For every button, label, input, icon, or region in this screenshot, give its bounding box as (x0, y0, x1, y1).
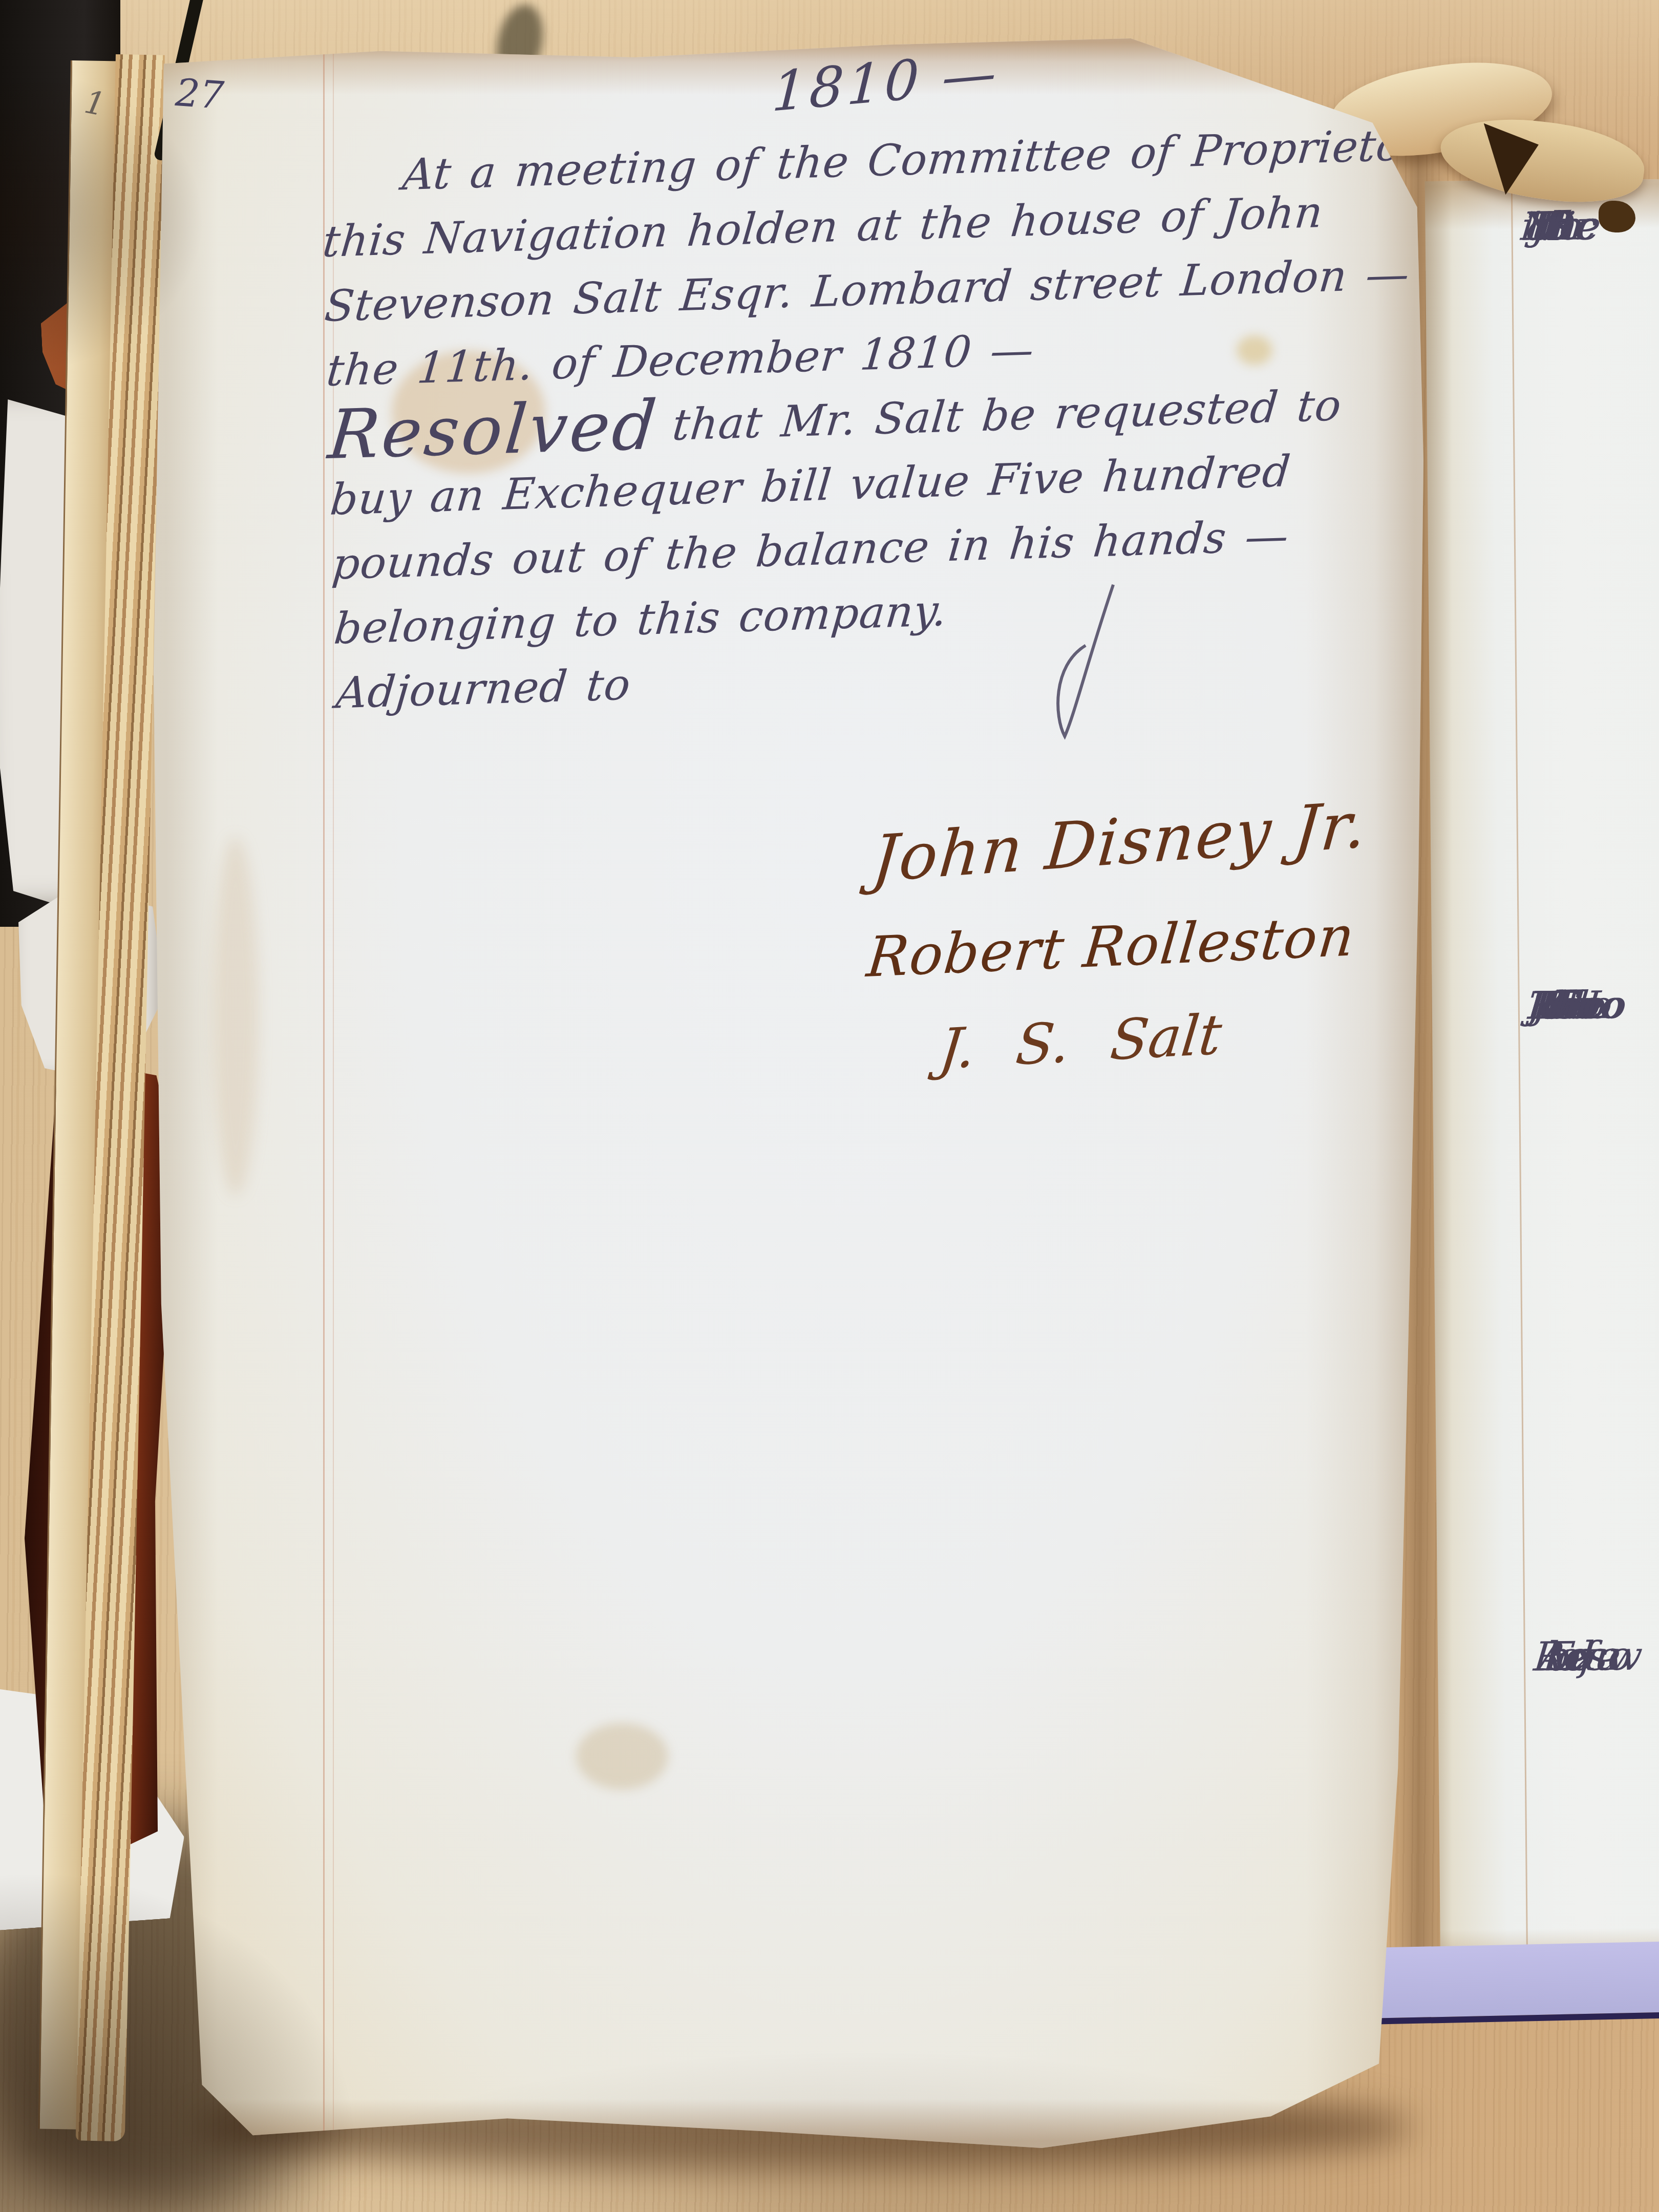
minute-book-page: 27 1810 — At a meeting of the Committee … (151, 38, 1423, 2148)
pen-flourish (961, 578, 1144, 753)
ruled-margin-line (323, 38, 325, 2148)
facing-page-margin-line (1511, 181, 1528, 1970)
foxing-stain (576, 1723, 668, 1790)
year-heading: 1810 — (771, 40, 1001, 124)
facing-page: NthSThTheric18JotoatinDr ResouhuRJohwJou… (1425, 179, 1659, 1971)
page-number: 27 (174, 71, 225, 118)
lavender-mat (1339, 1941, 1659, 2025)
facing-page-line: & L (1537, 981, 1613, 1030)
facing-page-line: Dr (1542, 201, 1596, 250)
photo-of-minute-book: nds of 1 NthSThTheric18JotoatinDr Resouh… (0, 0, 1659, 2212)
minutes-text-block: At a meeting of the Committee of Proprie… (320, 112, 1448, 726)
signature-robert-rolleston: Robert Rolleston (864, 904, 1358, 990)
under-page-mark: 1 (81, 83, 109, 123)
signature-john-disney: John Disney Jr. (869, 788, 1371, 897)
foxing-stain (212, 837, 259, 1196)
facing-page-line: Ad (1537, 1633, 1596, 1681)
signature-j-s-salt: J. S. Salt (937, 1003, 1225, 1082)
